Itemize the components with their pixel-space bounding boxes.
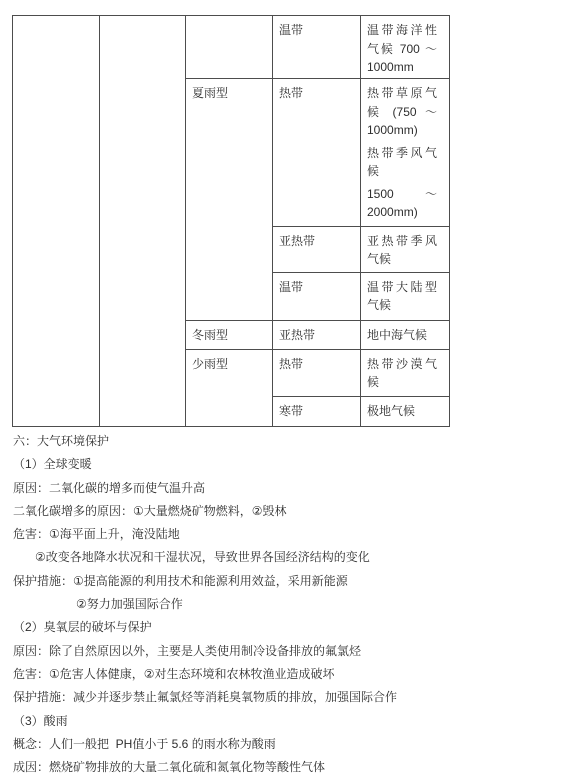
subsection-heading: （2）臭氧层的破坏与保护 <box>13 616 573 639</box>
cell-zone-r3: 亚热带 <box>273 226 361 272</box>
cell-climate-r2: 热带草原气候 (750 ～1000mm) 热带季风气候 1500 ～2000mm… <box>361 79 450 227</box>
cell-zone-r6: 热带 <box>273 349 361 396</box>
text-line: 原因：除了自然原因以外，主要是人类使用制冷设备排放的氟氯烃 <box>13 640 573 663</box>
text-line: 保护措施：①提高能源的利用技术和能源利用效益，采用新能源 <box>13 570 573 593</box>
cell-zone-r5: 亚热带 <box>273 320 361 349</box>
cell-climate-r3: 亚热带季风气候 <box>361 226 450 272</box>
cell-climate-r6: 热带沙漠气候 <box>361 349 450 396</box>
text-line-indented: ②努力加强国际合作 <box>13 593 573 616</box>
climate-table: 温带 温带海洋性气候 700 ～1000mm 夏雨型 热带 热带草原气候 (75… <box>12 15 450 427</box>
cell-zone-r1: 温带 <box>273 16 361 79</box>
notes-text-block: 六：大气环境保护 （1）全球变暖 原因：二氧化碳的增多而使气温升高 二氧化碳增多… <box>13 430 573 779</box>
cell-raintype-winter: 冬雨型 <box>186 320 273 349</box>
empty-cell-raintype-r1 <box>186 16 273 79</box>
subsection-heading: （1）全球变暖 <box>13 453 573 476</box>
text-line: 成因：燃烧矿物排放的大量二氧化硫和氮氧化物等酸性气体 <box>13 756 573 779</box>
text-line: 原因：二氧化碳的增多而使气温升高 <box>13 477 573 500</box>
empty-cell-col1 <box>13 16 100 427</box>
cell-climate-r7: 极地气候 <box>361 396 450 426</box>
cell-climate-r1: 温带海洋性气候 700 ～1000mm <box>361 16 450 79</box>
climate-paragraph: 热带草原气候 (750 ～1000mm) <box>367 84 437 140</box>
empty-cell-col2 <box>100 16 186 427</box>
text-line: 危害：①危害人体健康，②对生态环境和农林牧渔业造成破坏 <box>13 663 573 686</box>
cell-zone-r2: 热带 <box>273 79 361 227</box>
section-heading: 六：大气环境保护 <box>13 430 573 453</box>
text-line: 保护措施：减少并逐步禁止氟氯烃等消耗臭氧物质的排放，加强国际合作 <box>13 686 573 709</box>
cell-zone-r7: 寒带 <box>273 396 361 426</box>
climate-paragraph: 1500 ～2000mm) <box>367 185 437 222</box>
text-line: 概念：人们一般把 PH值小于 5.6 的雨水称为酸雨 <box>13 733 573 756</box>
text-line: 二氧化碳增多的原因：①大量燃烧矿物燃料，②毁林 <box>13 500 573 523</box>
text-line-indented: ②改变各地降水状况和干湿状况，导致世界各国经济结构的变化 <box>13 546 573 569</box>
climate-paragraph: 热带季风气候 <box>367 144 437 181</box>
cell-raintype-summer: 夏雨型 <box>186 79 273 321</box>
cell-zone-r4: 温带 <box>273 272 361 320</box>
subsection-heading: （3）酸雨 <box>13 710 573 733</box>
cell-raintype-little: 少雨型 <box>186 349 273 426</box>
cell-climate-r5: 地中海气候 <box>361 320 450 349</box>
text-line: 危害：①海平面上升，淹没陆地 <box>13 523 573 546</box>
cell-climate-r4: 温带大陆型气候 <box>361 272 450 320</box>
document-page: 温带 温带海洋性气候 700 ～1000mm 夏雨型 热带 热带草原气候 (75… <box>0 0 577 781</box>
